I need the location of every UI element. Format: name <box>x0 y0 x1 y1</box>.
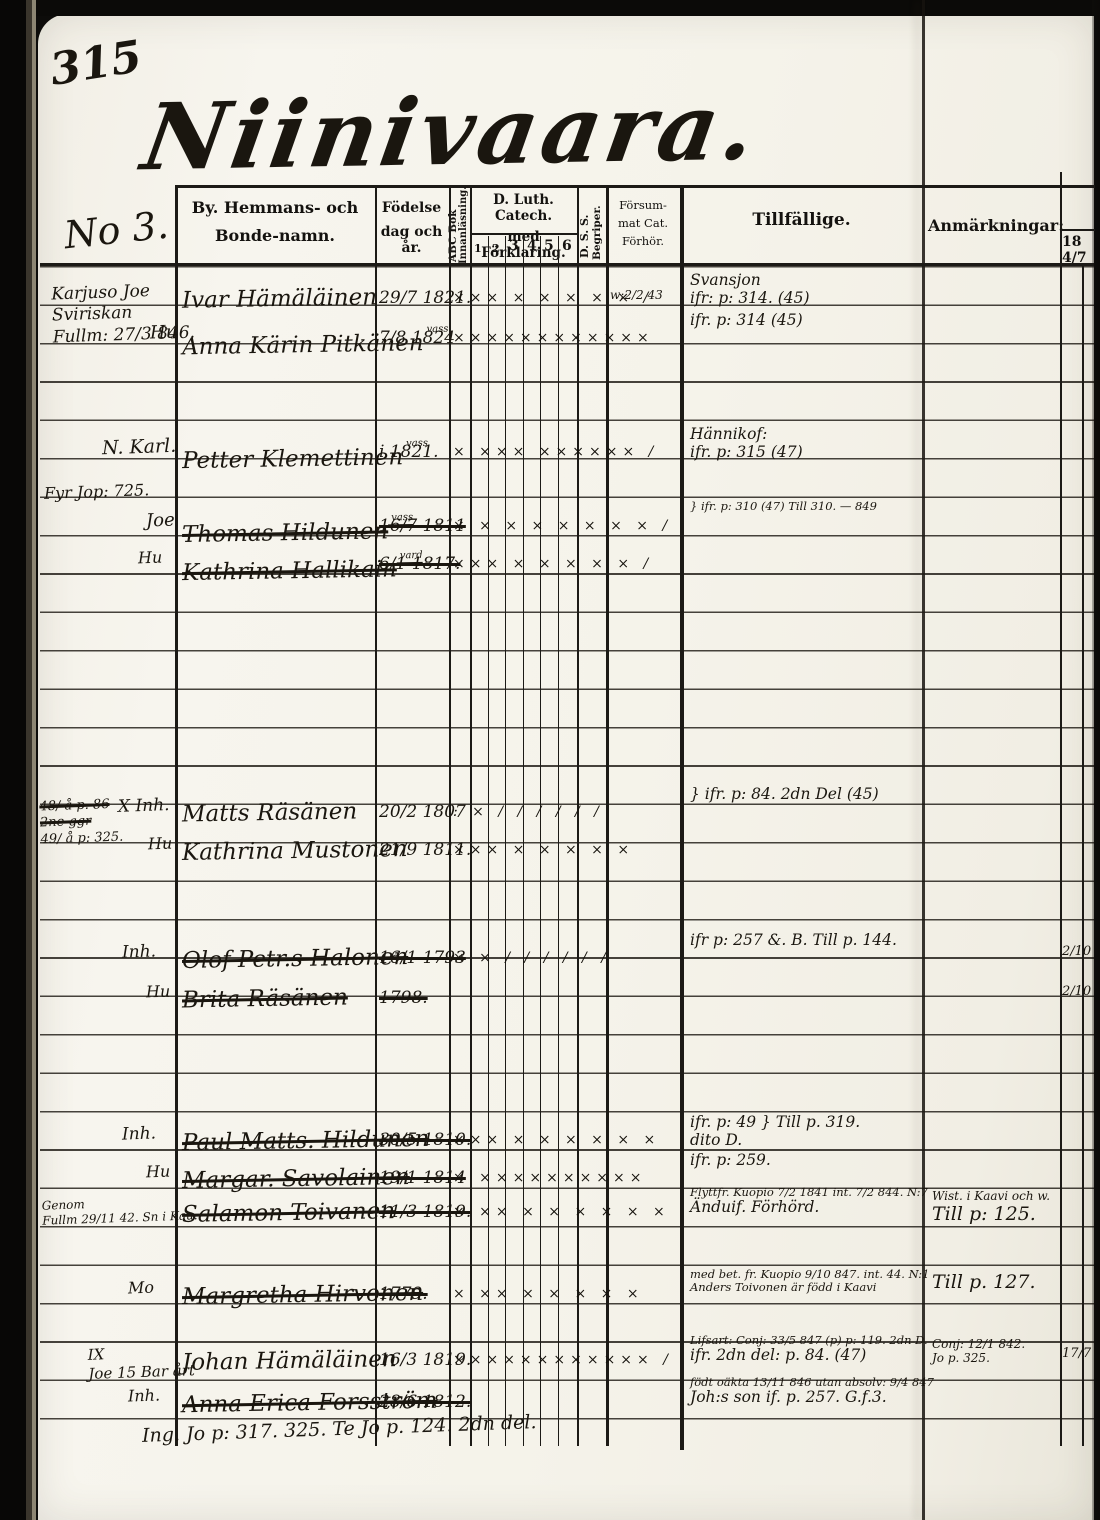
tillfallige-line: Svansjon <box>690 272 810 290</box>
margin-note-line: Hu <box>146 1162 171 1183</box>
catechism-marks: × × / / / / / / <box>453 950 613 966</box>
catech-col-1: 1 <box>474 242 482 255</box>
forsummat-line2: mat Cat. <box>607 216 679 230</box>
birth-date: i 1821. <box>379 442 451 462</box>
catechism-marks: ××× × × × × × × <box>453 1132 613 1148</box>
margin-note: Hu <box>150 322 178 345</box>
ledger-row: Ing. Jo p: 317. 325. Te Jo p. 124. 2dn d… <box>0 1420 1100 1460</box>
ledger-row: JoeThomas Hildunen vass16/7 1811× × × × … <box>0 512 1100 552</box>
margin-note-line: Mo <box>128 1278 155 1299</box>
margin-note-line: N. Karl. <box>102 435 177 461</box>
col-header-birth-line1: Födelse <box>375 200 448 216</box>
tillfallige-note: Svansjonifr: p: 314. (45) <box>690 272 810 308</box>
scan-border-top <box>0 0 1100 16</box>
col-header-birth: Födelse dag och år. <box>375 200 448 256</box>
birth-date: 11/3 1819. <box>379 1202 451 1222</box>
birth-date: 21/9 1811. <box>379 840 451 860</box>
tillfallige-note: ifr. p: 259. <box>690 1152 771 1170</box>
tillfallige-line: ifr p: 257 &. B. Till p. 144. <box>690 932 897 950</box>
margin-note-line: Inh. <box>128 1385 161 1406</box>
margin-note-line: Joe 15 Bar årt <box>88 1361 195 1383</box>
birth-date: 20/2 1807 <box>379 802 451 822</box>
tillfallige-line: dito D. <box>690 1132 860 1150</box>
tillfallige-line: Änduif. Förhörd. <box>690 1199 928 1217</box>
margin-note-line: Hu <box>138 548 163 569</box>
margin-note: X Inh. <box>118 795 170 818</box>
page-title: Niinivaara. <box>136 73 768 192</box>
tillfallige-line: ifr. p: 49 } Till p. 319. <box>690 1114 860 1132</box>
person-name: Kathrina Mustonen <box>182 836 408 866</box>
ledger-row: Inh.Paul Matts. Hildunen30/5 1810.××× × … <box>0 1126 1100 1166</box>
forsummat-note: w:2/2 43 <box>610 288 663 302</box>
ledger-row: HuBrita Räsänen1798.2/10 <box>0 984 1100 1024</box>
birth-date: 7/8 1824 <box>379 328 451 348</box>
margin-note: Inh. <box>122 1123 157 1145</box>
body-top-rule <box>40 263 1094 266</box>
ledger-row: Inh.Olof Petr.s Halonen16/1 1793× × / / … <box>0 944 1100 984</box>
tillfallige-line: } ifr. p: 310 (47) Till 310. — 849 <box>690 500 877 513</box>
margin-note: Joe <box>146 510 175 533</box>
ledger-row: IXJoe 15 Bar årtJohan Hämäläinen16/3 181… <box>0 1346 1100 1386</box>
birth-date: 16/1 1793 <box>379 948 451 968</box>
catechism-marks: × ×× × × × × × × <box>453 1204 613 1220</box>
col-header-year: 18 4/7 <box>1062 234 1100 266</box>
tillfallige-note: Lifsart: Conj: 33/5 847 (p) p: 119. 2dn … <box>690 1334 928 1365</box>
edge-fraction: 17/7 <box>1062 1346 1092 1361</box>
catech-subheader-rule <box>470 233 577 235</box>
tillfallige-line: } ifr. p: 84. 2dn Del (45) <box>690 786 879 804</box>
col-header-catech-line1: D. Luth. Catech. <box>470 192 577 224</box>
birth-date: 1779. <box>379 1284 451 1304</box>
anmarkningar-line: Till p. 127. <box>932 1272 1036 1294</box>
margin-note: GenomFullm 29/11 42. Sn i Kau. <box>42 1193 198 1228</box>
catechism-marks: ××× × × × × × / <box>453 556 613 572</box>
margin-note: IXJoe 15 Bar årt <box>87 1342 195 1383</box>
ledger-row: GenomFullm 29/11 42. Sn i Kau.Salamon To… <box>0 1198 1100 1238</box>
birth-date: 30/5 1810. <box>379 1130 451 1150</box>
catechism-marks: ×××××××××××× / <box>453 1352 613 1368</box>
col-header-abc-2: Innanläsning. <box>458 188 469 264</box>
col-header-names-line2: Bonde-namn. <box>178 226 372 245</box>
ledger-row: HuAnna Kärin Pitkänen vass7/8 1824××××××… <box>0 324 1100 364</box>
catechism-marks: : × / / / / / / <box>453 804 613 820</box>
ledger-row: MoMargretha Hirvonen1779.× ×× × × × × ×m… <box>0 1280 1100 1320</box>
birth-date: 29/7 1821. <box>379 288 451 308</box>
catech-col-5: 5 <box>544 238 554 254</box>
col-header-names-line1: By. Hemmans- och <box>178 198 372 217</box>
ledger-row: Karjuso JoeSviriskanFullm: 27/3 846.Ivar… <box>0 284 1100 324</box>
catechism-marks: × ××× ×××××× / <box>453 444 613 460</box>
catechism-marks: × ×××××××××× <box>453 1170 613 1186</box>
anmarkningar-note: Conj: 12/1 842.Jo p. 325. <box>932 1338 1025 1366</box>
tillfallige-note: Hännikof:ifr. p: 315 (47) <box>690 426 803 462</box>
catech-col-2: 2 <box>492 242 500 255</box>
anmarkningar-line: Till p: 125. <box>932 1204 1050 1226</box>
margin-note-line: Fyr Jop: 725. <box>44 480 150 504</box>
birth-date: 16/7 1811 <box>379 516 451 536</box>
margin-note: Inh. <box>128 1385 161 1406</box>
margin-note-line: Hu <box>146 982 171 1003</box>
ledger-row: HuKathrina Mustonen21/9 1811.××× × × × ×… <box>0 836 1100 876</box>
tillfallige-note: Flyttfr. Kuopio 7/2 1841 int. 7/2 844. N… <box>690 1186 928 1217</box>
ledger-row: HuKathrina Hallikain vard6/1 1817.××× × … <box>0 550 1100 590</box>
tillfallige-line: Anders Toivonen är född i Kaavi <box>690 1281 929 1294</box>
margin-note: Hu <box>138 548 163 569</box>
margin-note-line: Hu <box>148 834 173 855</box>
tillfallige-note: ifr. p: 49 } Till p. 319.dito D. <box>690 1114 860 1150</box>
birth-date: 19/1 1814 <box>379 1168 451 1188</box>
page-scan: 315 Niinivaara. No 3. By. Hemmans- och B… <box>0 0 1100 1520</box>
col-header-birth-line2: dag och år. <box>375 224 448 256</box>
col-header-anmarkningar: Anmärkningar: <box>928 216 1058 235</box>
col-header-dss: D. S. S. <box>578 192 591 258</box>
catechism-marks: ×××××××××××× <box>453 330 613 346</box>
person-name: Ivar Hämäläinen <box>182 284 377 313</box>
margin-note-line: X Inh. <box>118 795 170 818</box>
person-name: Brita Räsänen <box>182 985 348 1014</box>
ledger-row: X Inh.Matts Räsänen20/2 1807: × / / / / … <box>0 798 1100 838</box>
anmarkningar-note: Wist. i Kaavi och w.Till p: 125. <box>932 1190 1050 1226</box>
catech-col-3: 3 <box>509 238 519 254</box>
tillfallige-line: Joh:s son if. p. 257. G.f.3. <box>690 1389 934 1407</box>
tillfallige-note: } ifr. p: 310 (47) Till 310. — 849 <box>690 500 877 513</box>
tillfallige-note: med bet. fr. Kuopio 9/10 847. int. 44. N… <box>690 1268 929 1294</box>
catechism-marks: × ×× × × × × × <box>453 1286 613 1302</box>
person-name: Margar. Savolainen <box>182 1164 410 1194</box>
catech-col-4: 4 <box>527 238 537 254</box>
margin-note-line: Inh. <box>122 1123 157 1145</box>
margin-note: Mo <box>128 1278 155 1299</box>
catechism-marks: × × × × × × × × / <box>453 518 613 534</box>
birth-date: 16/3 1819. <box>379 1350 451 1370</box>
col-header-names: By. Hemmans- och Bonde-namn. <box>178 198 372 245</box>
col-header-dss-2: Begriper. <box>591 190 603 260</box>
anmarkningar-line: Jo p. 325. <box>932 1352 1025 1366</box>
person-name: Johan Hämäläinen <box>182 1346 397 1376</box>
birth-date: 6/1 1817. <box>379 554 451 574</box>
person-name: Matts Räsänen <box>182 798 358 827</box>
anmarkningar-line: Conj: 12/1 842. <box>932 1338 1025 1352</box>
catechism-marks: ××× × × × × × / <box>453 290 613 306</box>
person-name: Olof Petr.s Halonen <box>182 944 409 974</box>
margin-note: Hu <box>146 1162 171 1183</box>
tillfallige-line: ifr. p: 259. <box>690 1152 771 1170</box>
ledger-row: N. Karl.Petter Klemettinen vassi 1821.× … <box>0 438 1100 478</box>
tillfallige-line: ifr: p: 314. (45) <box>690 290 810 308</box>
edge-fraction: 2/10 <box>1062 984 1092 999</box>
birth-date: 1798. <box>379 988 451 1008</box>
anmarkningar-line: Wist. i Kaavi och w. <box>932 1190 1050 1204</box>
margin-note-line: Inh. <box>122 941 157 963</box>
tillfallige-note: födt oäkta 13/11 846 utan absolv: 9/4 84… <box>690 1376 934 1407</box>
table-header-top-rule <box>175 185 1095 188</box>
col-header-tillfallige: Tillfällige. <box>680 210 923 230</box>
edge-fraction: 2/10 <box>1062 944 1092 959</box>
margin-note: Fyr Jop: 725. <box>44 480 150 504</box>
margin-note: Inh. <box>122 941 157 963</box>
tillfallige-line: Hännikof: <box>690 426 803 444</box>
forsummat-line1: Försum- <box>607 198 679 212</box>
col-header-forsummat: Försum- mat Cat. Förhör. <box>607 198 679 248</box>
anmarkningar-note: Till p. 127. <box>932 1272 1036 1294</box>
tillfallige-note: ifr p: 257 &. B. Till p. 144. <box>690 932 897 950</box>
catechism-marks: ××× × × × × × <box>453 842 613 858</box>
tillfallige-line: ifr. 2dn del: p. 84. (47) <box>690 1347 928 1365</box>
tillfallige-line: ifr. p: 314 (45) <box>690 312 803 330</box>
person-name: Salamon Toivanen <box>182 1198 395 1228</box>
margin-note: Hu <box>148 834 173 855</box>
tillfallige-note: } ifr. p: 84. 2dn Del (45) <box>690 786 879 804</box>
margin-note: Hu <box>146 982 171 1003</box>
year-box-rule <box>1060 229 1095 231</box>
tillfallige-line: ifr. p: 315 (47) <box>690 444 803 462</box>
margin-note-line: Joe <box>146 510 175 533</box>
margin-note: N. Karl. <box>102 435 177 461</box>
tillfallige-note: ifr. p: 314 (45) <box>690 312 803 330</box>
catech-col-6: 6 <box>562 238 572 254</box>
forsummat-line3: Förhör. <box>607 234 679 248</box>
margin-note-line: Hu <box>150 322 178 345</box>
birth-date: 28/6 1812. <box>379 1392 451 1412</box>
